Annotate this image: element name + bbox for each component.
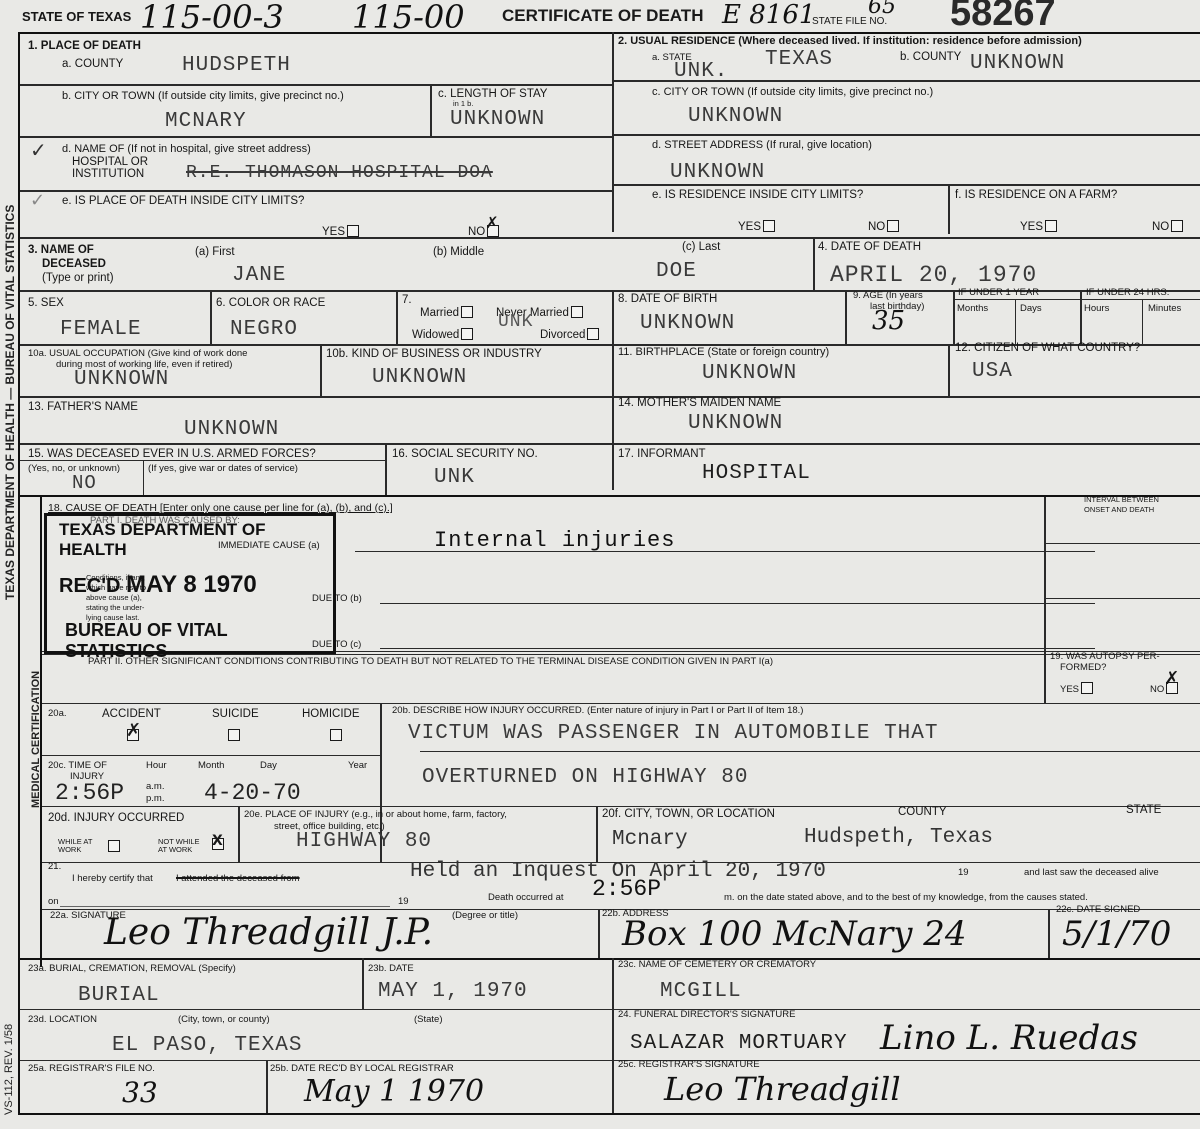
dob-value: UNKNOWN: [640, 312, 735, 335]
last-saw-text: and last saw the deceased alive: [1024, 868, 1159, 878]
middle-name-label: (b) Middle: [433, 246, 484, 258]
death-county-value: HUDSPETH: [182, 54, 291, 77]
inside-city-yes-checkbox[interactable]: [347, 225, 359, 237]
homicide-checkbox[interactable]: [330, 729, 342, 741]
days-label: Days: [1020, 304, 1042, 314]
immediate-cause-value: Internal injuries: [434, 528, 675, 553]
injury-occurred-label: 20d. INJURY OCCURRED: [48, 812, 184, 824]
armed-forces-label: 15. WAS DECEASED EVER IN U.S. ARMED FORC…: [28, 448, 316, 460]
length-of-stay-sub: in 1 b.: [453, 100, 473, 108]
burial-state-sub: (State): [414, 1015, 443, 1025]
certifier-address: Box 100 McNary 24: [622, 914, 967, 954]
x-mark-icon: ✗: [126, 720, 141, 741]
state-label: STATE OF TEXAS: [22, 11, 131, 23]
age-label: 9. AGE (In years: [853, 291, 923, 301]
divorced-checkbox[interactable]: [587, 328, 599, 340]
funeral-director-label: 24. FUNERAL DIRECTOR'S SIGNATURE: [618, 1010, 795, 1020]
hour-label: Hour: [146, 761, 167, 771]
ssn-value: UNK: [434, 466, 475, 489]
month-label: Month: [198, 761, 224, 771]
date-of-injury-value: 4-20-70: [204, 780, 301, 806]
residence-label: 2. USUAL RESIDENCE (Where deceased lived…: [618, 35, 1082, 47]
checkmark-icon: ✓: [30, 138, 47, 162]
death-occurred-label: Death occurred at: [488, 893, 564, 903]
x-mark-icon: X: [212, 833, 223, 849]
autopsy-label-2: FORMED?: [1060, 663, 1106, 673]
year-label: Year: [348, 761, 367, 771]
occupation-value: UNKNOWN: [74, 368, 169, 391]
res-county-label: b. COUNTY: [900, 51, 961, 63]
injury-state-label: STATE: [1126, 804, 1161, 816]
department-margin-text: TEXAS DEPARTMENT OF HEALTH — BUREAU OF V…: [3, 205, 17, 600]
hours-label: Hours: [1084, 304, 1109, 314]
business-label: 10b. KIND OF BUSINESS OR INDUSTRY: [326, 348, 542, 360]
certification-number: 21.: [48, 862, 61, 872]
inside-city-no-checkbox[interactable]: ✗: [487, 225, 499, 237]
certifier-signature: Leo Threadgill J.P.: [104, 912, 433, 953]
pm-label: p.m.: [146, 794, 164, 804]
race-label: 6. COLOR OR RACE: [216, 297, 325, 309]
manner-number: 20a.: [48, 709, 67, 719]
res-city-label: c. CITY OR TOWN (If outside city limits,…: [652, 86, 933, 98]
cemetery-label: 23c. NAME OF CEMETERY OR CREMATORY: [618, 960, 816, 970]
occupation-label: 10a. USUAL OCCUPATION (Give kind of work…: [28, 349, 247, 359]
res-state-value: TEXAS: [765, 48, 833, 71]
disposition-value: BURIAL: [78, 984, 160, 1007]
at-work-checkbox[interactable]: [108, 840, 120, 852]
birthplace-label: 11. BIRTHPLACE (State or foreign country…: [618, 346, 829, 358]
homicide-label: HOMICIDE: [302, 708, 360, 720]
burial-date-value: MAY 1, 1970: [378, 980, 528, 1003]
widowed-option: Widowed: [412, 328, 473, 341]
res-city-yes-checkbox[interactable]: [763, 220, 775, 232]
business-value: UNKNOWN: [372, 366, 467, 389]
date-of-death-label: 4. DATE OF DEATH: [818, 241, 921, 253]
interval-label-2: ONSET AND DEATH: [1084, 506, 1154, 514]
married-option: Married: [420, 306, 473, 319]
describe-injury-label: 20b. DESCRIBE HOW INJURY OCCURRED. (Ente…: [392, 706, 803, 716]
degree-label: (Degree or title): [452, 911, 518, 921]
res-farm-yes-checkbox[interactable]: [1045, 220, 1057, 232]
stamp-line-1: TEXAS DEPARTMENT OF HEALTH: [59, 520, 333, 560]
res-farm-no-checkbox[interactable]: [1171, 220, 1183, 232]
disposition-label: 23a. BURIAL, CREMATION, REMOVAL (Specify…: [28, 964, 236, 974]
last-name-value: DOE: [656, 260, 697, 283]
autopsy-no-checkbox[interactable]: ✗: [1166, 682, 1178, 694]
name-label-3: (Type or print): [42, 272, 114, 284]
suicide-checkbox[interactable]: [228, 729, 240, 741]
father-label: 13. FATHER'S NAME: [28, 401, 138, 413]
registrar-file-value: 33: [122, 1076, 158, 1109]
stamp-line-2: REC'D MAY 8 1970: [59, 571, 257, 599]
res-farm-no: NO: [1152, 220, 1183, 233]
marital-value: UNK: [498, 312, 533, 332]
certify-text: I hereby certify that: [72, 874, 153, 884]
armed-forces-value: NO: [72, 472, 97, 494]
minutes-label: Minutes: [1148, 304, 1181, 314]
res-street-label: d. STREET ADDRESS (If rural, give locati…: [652, 139, 872, 151]
at-work-label-2: WORK: [58, 846, 81, 854]
registrar-signature-label: 25c. REGISTRAR'S SIGNATURE: [618, 1060, 760, 1070]
burial-date-label: 23b. DATE: [368, 964, 414, 974]
date-of-death-value: APRIL 20, 1970: [830, 262, 1037, 288]
informant-label: 17. INFORMANT: [618, 448, 706, 460]
name-label-2: DECEASED: [42, 258, 106, 270]
marital-number: 7.: [402, 294, 412, 306]
place-of-death-label: 1. PLACE OF DEATH: [28, 40, 141, 52]
city-label: b. CITY OR TOWN (If outside city limits,…: [62, 90, 344, 102]
interval-label-1: INTERVAL BETWEEN: [1084, 496, 1159, 504]
hospital-label-3: INSTITUTION: [72, 168, 144, 180]
res-farm-yes: YES: [1020, 220, 1057, 233]
dob-label: 8. DATE OF BIRTH: [618, 293, 717, 305]
certify-struck-text: I attended the deceased from: [176, 874, 300, 884]
divorced-option: Divorced: [540, 328, 599, 341]
mother-value: UNKNOWN: [688, 412, 783, 435]
registrar-file-label: 25a. REGISTRAR'S FILE NO.: [28, 1064, 155, 1074]
am-label: a.m.: [146, 782, 164, 792]
hospital-label: d. NAME OF (If not in hospital, give str…: [62, 143, 311, 155]
sex-value: FEMALE: [60, 318, 142, 341]
res-city-no: NO: [868, 220, 899, 233]
res-county-value: UNKNOWN: [970, 52, 1065, 75]
describe-injury-line-2: OVERTURNED ON HIGHWAY 80: [422, 766, 748, 789]
funeral-director-signature: Lino L. Ruedas: [880, 1018, 1138, 1058]
res-inside-city-label: e. IS RESIDENCE INSIDE CITY LIMITS?: [652, 189, 863, 201]
not-at-work-label-2: AT WORK: [158, 846, 192, 854]
res-street-value: UNKNOWN: [670, 161, 765, 184]
burial-location-sub: (City, town, or county): [178, 1015, 270, 1025]
time-of-injury-value: 2:56P: [55, 780, 124, 806]
received-stamp: TEXAS DEPARTMENT OF HEALTH REC'D MAY 8 1…: [44, 513, 336, 654]
on-date-text: m. on the date stated above, and to the …: [724, 893, 1088, 903]
res-farm-label: f. IS RESIDENCE ON A FARM?: [955, 189, 1117, 201]
day-label: Day: [260, 761, 277, 771]
handwritten-code-1: 115-00-3: [140, 0, 284, 36]
father-value: UNKNOWN: [184, 418, 279, 441]
county-label: a. COUNTY: [62, 58, 123, 70]
autopsy-no: NO✗: [1150, 682, 1178, 695]
first-name-label: (a) First: [195, 246, 235, 258]
never-married-checkbox[interactable]: [571, 306, 583, 318]
document-title: CERTIFICATE OF DEATH: [502, 6, 703, 26]
hospital-label-2: HOSPITAL OR: [72, 156, 148, 168]
x-mark-icon: ✗: [485, 218, 498, 230]
not-at-work-checkbox[interactable]: X: [212, 838, 224, 850]
checkmark-icon: ✓: [30, 190, 45, 211]
hospital-value-struck: R.E. THOMASON HOSPITAL DOA: [186, 163, 493, 183]
on-label: on: [48, 897, 59, 907]
accident-label: ACCIDENT: [102, 708, 161, 720]
autopsy-yes-checkbox[interactable]: [1081, 682, 1093, 694]
time-of-injury-label: 20c. TIME OF: [48, 761, 107, 771]
stamp-line-3: BUREAU OF VITAL STATISTICS: [65, 620, 333, 662]
accident-checkbox[interactable]: ✗: [127, 729, 139, 741]
death-time-value: 2:56P: [592, 876, 661, 902]
injury-city-value: Mcnary: [612, 828, 688, 851]
name-label: 3. NAME OF: [28, 244, 94, 256]
date-signed-value: 5/1/70: [1062, 914, 1171, 954]
funeral-home-value: SALAZAR MORTUARY: [630, 1032, 848, 1055]
place-of-injury-value: HIGHWAY 80: [296, 830, 432, 853]
suicide-label: SUICIDE: [212, 708, 259, 720]
cemetery-value: MCGILL: [660, 980, 742, 1003]
widowed-checkbox[interactable]: [461, 328, 473, 340]
armed-sub-2: (If yes, give war or dates of service): [148, 464, 298, 474]
months-label: Months: [957, 304, 988, 314]
married-checkbox[interactable]: [461, 306, 473, 318]
injury-county-state-value: Hudspeth, Texas: [804, 826, 993, 849]
res-city-value: UNKNOWN: [688, 105, 783, 128]
state-file-label: STATE FILE NO.: [812, 16, 887, 28]
first-name-value: JANE: [232, 264, 286, 287]
autopsy-label: 19. WAS AUTOPSY PER-: [1050, 652, 1160, 662]
inside-city-label: e. IS PLACE OF DEATH INSIDE CITY LIMITS?: [62, 195, 304, 207]
form-number: VS-112, REV. 1/58: [3, 1024, 15, 1115]
res-city-yes: YES: [738, 220, 775, 233]
res-city-no-checkbox[interactable]: [887, 220, 899, 232]
informant-value: HOSPITAL: [702, 462, 811, 485]
race-value: NEGRO: [230, 318, 298, 341]
x-mark-icon: ✗: [1164, 673, 1179, 683]
ssn-label: 16. SOCIAL SECURITY NO.: [392, 448, 538, 460]
registrar-date-label: 25b. DATE REC'D BY LOCAL REGISTRAR: [270, 1064, 454, 1074]
death-city-value: MCNARY: [165, 110, 247, 133]
sex-label: 5. SEX: [28, 297, 64, 309]
year-prefix-2: 19: [398, 897, 409, 907]
burial-location-label: 23d. LOCATION: [28, 1015, 97, 1025]
registrar-signature: Leo Threadgill: [664, 1070, 901, 1108]
under-24-hrs-label: IF UNDER 24 HRS.: [1086, 288, 1169, 298]
under-1-year-label: IF UNDER 1 YEAR: [958, 288, 1039, 298]
registrar-date-value: May 1 1970: [304, 1074, 484, 1109]
citizen-value: USA: [972, 360, 1013, 383]
handwritten-code-2: 115-00: [352, 0, 465, 36]
describe-injury-line-1: VICTUM WAS PASSENGER IN AUTOMOBILE THAT: [408, 722, 938, 745]
last-name-label: (c) Last: [682, 241, 720, 253]
age-value: 35: [872, 306, 905, 336]
injury-county-label: COUNTY: [898, 806, 947, 818]
citizen-label: 12. CITIZEN OF WHAT COUNTRY?: [955, 342, 1140, 354]
state-file-number: 58267: [950, 0, 1056, 35]
burial-location-value: EL PASO, TEXAS: [112, 1034, 302, 1057]
length-of-stay-value: UNKNOWN: [450, 108, 545, 131]
mother-label: 14. MOTHER'S MAIDEN NAME: [618, 397, 781, 409]
birthplace-value: UNKNOWN: [702, 362, 797, 385]
injury-location-label: 20f. CITY, TOWN, OR LOCATION: [602, 808, 775, 820]
year-prefix: 19: [958, 868, 969, 878]
autopsy-yes: YES: [1060, 682, 1093, 695]
handwritten-code-3: E 8161: [722, 0, 815, 30]
place-of-injury-label: 20e. PLACE OF INJURY (e.g., in or about …: [244, 810, 507, 820]
